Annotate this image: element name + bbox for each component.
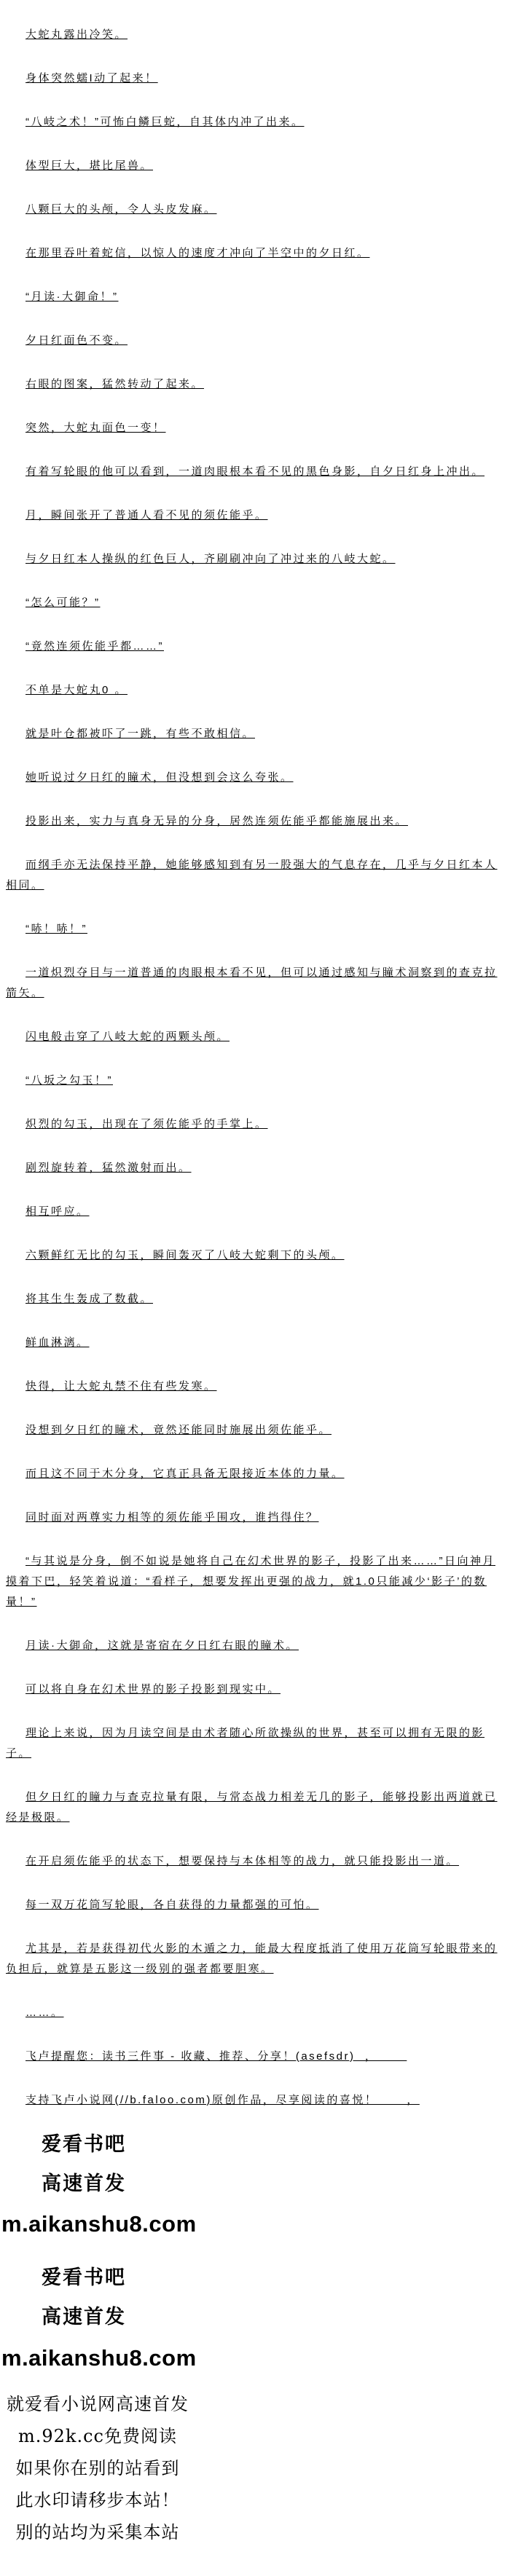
paragraph: 没想到夕日红的瞳术，竟然还能同时施展出须佐能乎。 [6,1420,507,1441]
paragraph: 八颗巨大的头颅，令人头皮发麻。 [6,200,507,220]
paragraph: 但夕日红的瞳力与查克拉量有限，与常态战力相差无几的影子，能够投影出两道就已经是极… [6,1787,507,1828]
paragraph: 体型巨大，堪比尾兽。 [6,156,507,176]
paragraph: 快得，让大蛇丸禁不住有些发寒。 [6,1376,507,1397]
paragraph: 月读·大御命，这就是寄宿在夕日红右眼的瞳术。 [6,1636,507,1656]
promo-tagline: 高速首发 [42,2307,510,2328]
paragraph: “怎么可能？” [6,593,507,613]
paragraph: “哧！哧！” [6,919,507,940]
paragraph: 夕日红面色不变。 [6,331,507,351]
paragraph: 大蛇丸露出冷笑。 [6,25,507,45]
paragraph: “月读·大御命！” [6,287,507,307]
paragraph: 支持飞卢小说网(//b.faloo.com)原创作品，尽享阅读的喜悦！ ， [6,2090,507,2111]
paragraph: 可以将自身在幻术世界的影子投影到现实中。 [6,1679,507,1700]
paragraph: 而且这不同于木分身，它真正具备无限接近本体的力量。 [6,1464,507,1484]
paragraph: 与夕日红本人操纵的红色巨人，齐刷刷冲向了冲过来的八岐大蛇。 [6,549,507,570]
paragraph: 相互呼应。 [6,1202,507,1222]
paragraph: 鲜血淋漓。 [6,1333,507,1353]
paragraph: 右眼的图案，猛然转动了起来。 [6,374,507,395]
promo-site-name: 爱看书吧 [42,2267,510,2289]
watermark-line: 就爱看小说网高速首发 [0,2395,195,2413]
watermark-line: 此水印请移步本站！ [0,2492,195,2509]
promo-site-url: m.aikanshu8.com [1,2346,510,2371]
paragraph: 她听说过夕日红的瞳术，但没想到会这么夸张。 [6,768,507,788]
paragraph: 尤其是，若是获得初代火影的木遁之力，能最大程度抵消了使用万花筒写轮眼带来的负担后… [6,1939,507,1980]
paragraph: 飞卢提醒您：读书三件事 - 收藏、推荐、分享！(asefsdr) ， [6,2047,507,2067]
paragraph: 不单是大蛇丸0 。 [6,680,507,701]
paragraph: 月，瞬间张开了普通人看不见的须佐能乎。 [6,505,507,526]
novel-page: 大蛇丸露出冷笑。身体突然蠕I动了起来！“八岐之术！”可怖白鳞巨蛇，自其体内冲了出… [0,0,510,2541]
paragraph: 同时面对两尊实力相等的须佐能乎围攻，谁挡得住？ [6,1508,507,1528]
paragraph: 六颗鲜红无比的勾玉，瞬间轰灭了八岐大蛇剩下的头颅。 [6,1245,507,1266]
paragraph: 每一双万花筒写轮眼，各自获得的力量都强的可怕。 [6,1895,507,1915]
paragraph: 将其生生轰成了数截。 [6,1289,507,1309]
paragraph: “竟然连须佐能乎都……” [6,637,507,657]
paragraph: 在那里吞叶着蛇信，以惊人的速度才冲向了半空中的夕日红。 [6,243,507,264]
paragraph: 突然，大蛇丸面色一变！ [6,418,507,438]
paragraph: 投影出来，实力与真身无异的分身，居然连须佐能乎都能施展出来。 [6,811,507,832]
paragraph: 而纲手亦无法保持平静，她能够感知到有另一股强大的气息存在，几乎与夕日红本人相同。 [6,855,507,896]
watermark-line: 如果你在别的站看到 [0,2459,195,2477]
paragraph: 理论上来说，因为月读空间是由术者随心所欲操纵的世界，甚至可以拥有无限的影子。 [6,1723,507,1764]
paragraph: 有着写轮眼的他可以看到，一道肉眼根本看不见的黑色身影，自夕日红身上冲出。 [6,462,507,482]
paragraph: 就是叶仓都被吓了一跳，有些不敢相信。 [6,724,507,744]
promo-tagline: 高速首发 [42,2173,510,2195]
paragraph: 炽烈的勾玉，出现在了须佐能乎的手掌上。 [6,1114,507,1135]
paragraph: “八坂之勾玉！” [6,1071,507,1091]
paragraph: ……。 [6,2003,507,2023]
paragraph: “八岐之术！”可怖白鳞巨蛇，自其体内冲了出来。 [6,112,507,133]
paragraph: 一道炽烈夺目与一道普通的肉眼根本看不见，但可以通过感知与瞳术洞察到的查克拉箭矢。 [6,963,507,1004]
watermark-line: m.92k.cc免费阅读 [0,2427,195,2445]
promo-block-2: 爱看书吧 高速首发 m.aikanshu8.com [0,2267,510,2370]
paragraph: 在开启须佐能乎的状态下，想要保持与本体相等的战力，就只能投影出一道。 [6,1851,507,1872]
promo-site-name: 爱看书吧 [42,2134,510,2156]
chapter-text: 大蛇丸露出冷笑。身体突然蠕I动了起来！“八岐之术！”可怖白鳞巨蛇，自其体内冲了出… [0,0,510,2111]
paragraph: 闪电般击穿了八岐大蛇的两颗头颅。 [6,1027,507,1047]
paragraph: 剧烈旋转着，猛然激射而出。 [6,1158,507,1178]
watermark-line: 别的站均为采集本站 [0,2524,195,2541]
paragraph: “与其说是分身，倒不如说是她将自己在幻术世界的影子，投影了出来……”日向神月摸着… [6,1551,507,1612]
paragraph: 身体突然蠕I动了起来！ [6,68,507,89]
promo-site-url: m.aikanshu8.com [1,2212,510,2237]
promo-block-1: 爱看书吧 高速首发 m.aikanshu8.com [0,2134,510,2237]
watermark-notice: 就爱看小说网高速首发 m.92k.cc免费阅读 如果你在别的站看到 此水印请移步… [0,2395,195,2541]
